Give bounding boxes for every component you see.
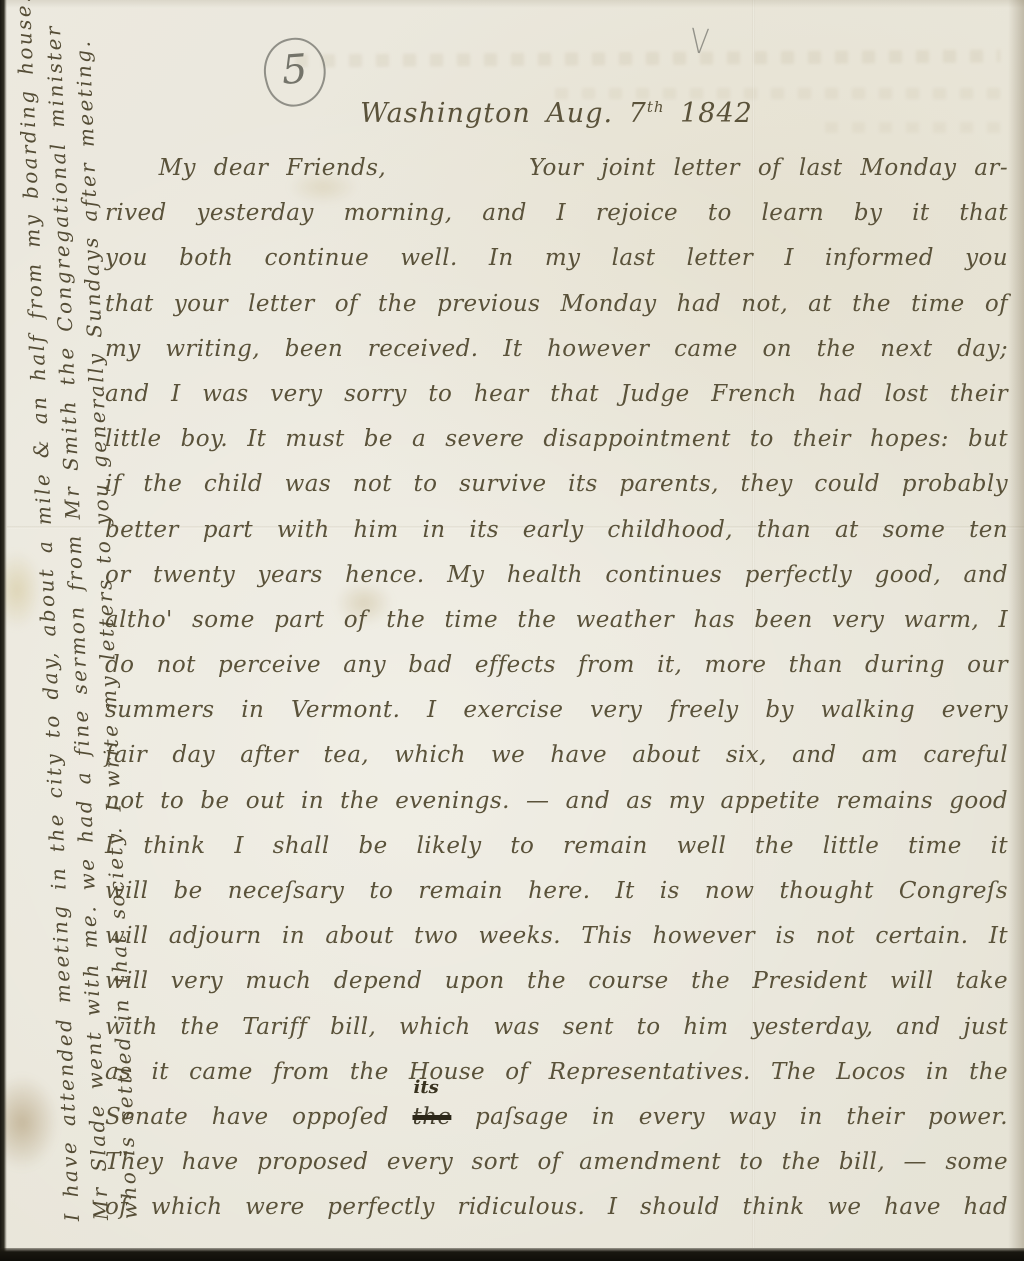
- page-number: 5: [281, 46, 310, 94]
- dateline-year: 1842: [665, 98, 753, 129]
- body-line: not to be out in the evenings. — and as …: [105, 779, 1008, 824]
- body-line: My dear Friends, Your joint letter of la…: [105, 146, 1008, 191]
- ink-bleedthrough: [295, 50, 1000, 68]
- body-line: with the Tariff bill, which was sent to …: [105, 1005, 1008, 1050]
- scan-edge-right: [1008, 0, 1024, 1261]
- body-line: rived yesterday morning, and I rejoice t…: [105, 191, 1008, 236]
- body-line: my writing, been received. It however ca…: [105, 327, 1008, 372]
- inline-correction: itsthe: [412, 1095, 451, 1140]
- letter-dateline: Washington Aug. 7th 1842: [105, 98, 1008, 129]
- scan-edge-top: [0, 0, 1024, 8]
- inserted-word: its: [413, 1079, 438, 1097]
- body-line: little boy. It must be a severe disappoi…: [105, 417, 1008, 462]
- body-line: summers in Vermont. I exercise very free…: [105, 688, 1008, 733]
- body-line-with-correction: Senate have oppoſed itsthe paſsage in ev…: [105, 1095, 1008, 1140]
- body-line: you both continue well. In my last lette…: [105, 236, 1008, 281]
- body-line: and I was very sorry to hear that Judge …: [105, 372, 1008, 417]
- body-line: better part with him in its early childh…: [105, 508, 1008, 553]
- body-line: altho' some part of the time the weather…: [105, 598, 1008, 643]
- body-line: of which were perfectly ridiculous. I sh…: [105, 1185, 1008, 1230]
- body-line: if the child was not to survive its pare…: [105, 462, 1008, 507]
- body-line: will very much depend upon the course th…: [105, 959, 1008, 1004]
- body-line: They have proposed every sort of amendme…: [105, 1140, 1008, 1185]
- body-line: I think I shall be likely to remain well…: [105, 824, 1008, 869]
- scan-edge-bottom: [0, 1248, 1024, 1261]
- body-line: do not perceive any bad effects from it,…: [105, 643, 1008, 688]
- body-line: as it came from the House of Representat…: [105, 1050, 1008, 1095]
- struck-word: the: [412, 1104, 451, 1130]
- body-line: fair day after tea, which we have about …: [105, 733, 1008, 778]
- body-line: or twenty years hence. My health continu…: [105, 553, 1008, 598]
- paper-stain: [0, 1075, 58, 1170]
- letter-body: My dear Friends, Your joint letter of la…: [105, 146, 1008, 1231]
- body-line: will be neceſsary to remain here. It is …: [105, 869, 1008, 914]
- check-mark: V: [689, 21, 710, 62]
- body-line: will adjourn in about two weeks. This ho…: [105, 914, 1008, 959]
- scan-edge-left: [0, 0, 7, 1261]
- correction-before: Senate have oppoſed: [105, 1104, 389, 1130]
- dateline-text: Washington Aug. 7: [360, 98, 647, 129]
- correction-after: paſsage in every way in their power.: [475, 1104, 1008, 1130]
- body-line: that your letter of the previous Monday …: [105, 282, 1008, 327]
- dateline-ordinal: th: [647, 98, 665, 116]
- letter-scan-page: 5 V Washington Aug. 7th 1842 My dear Fri…: [0, 0, 1024, 1261]
